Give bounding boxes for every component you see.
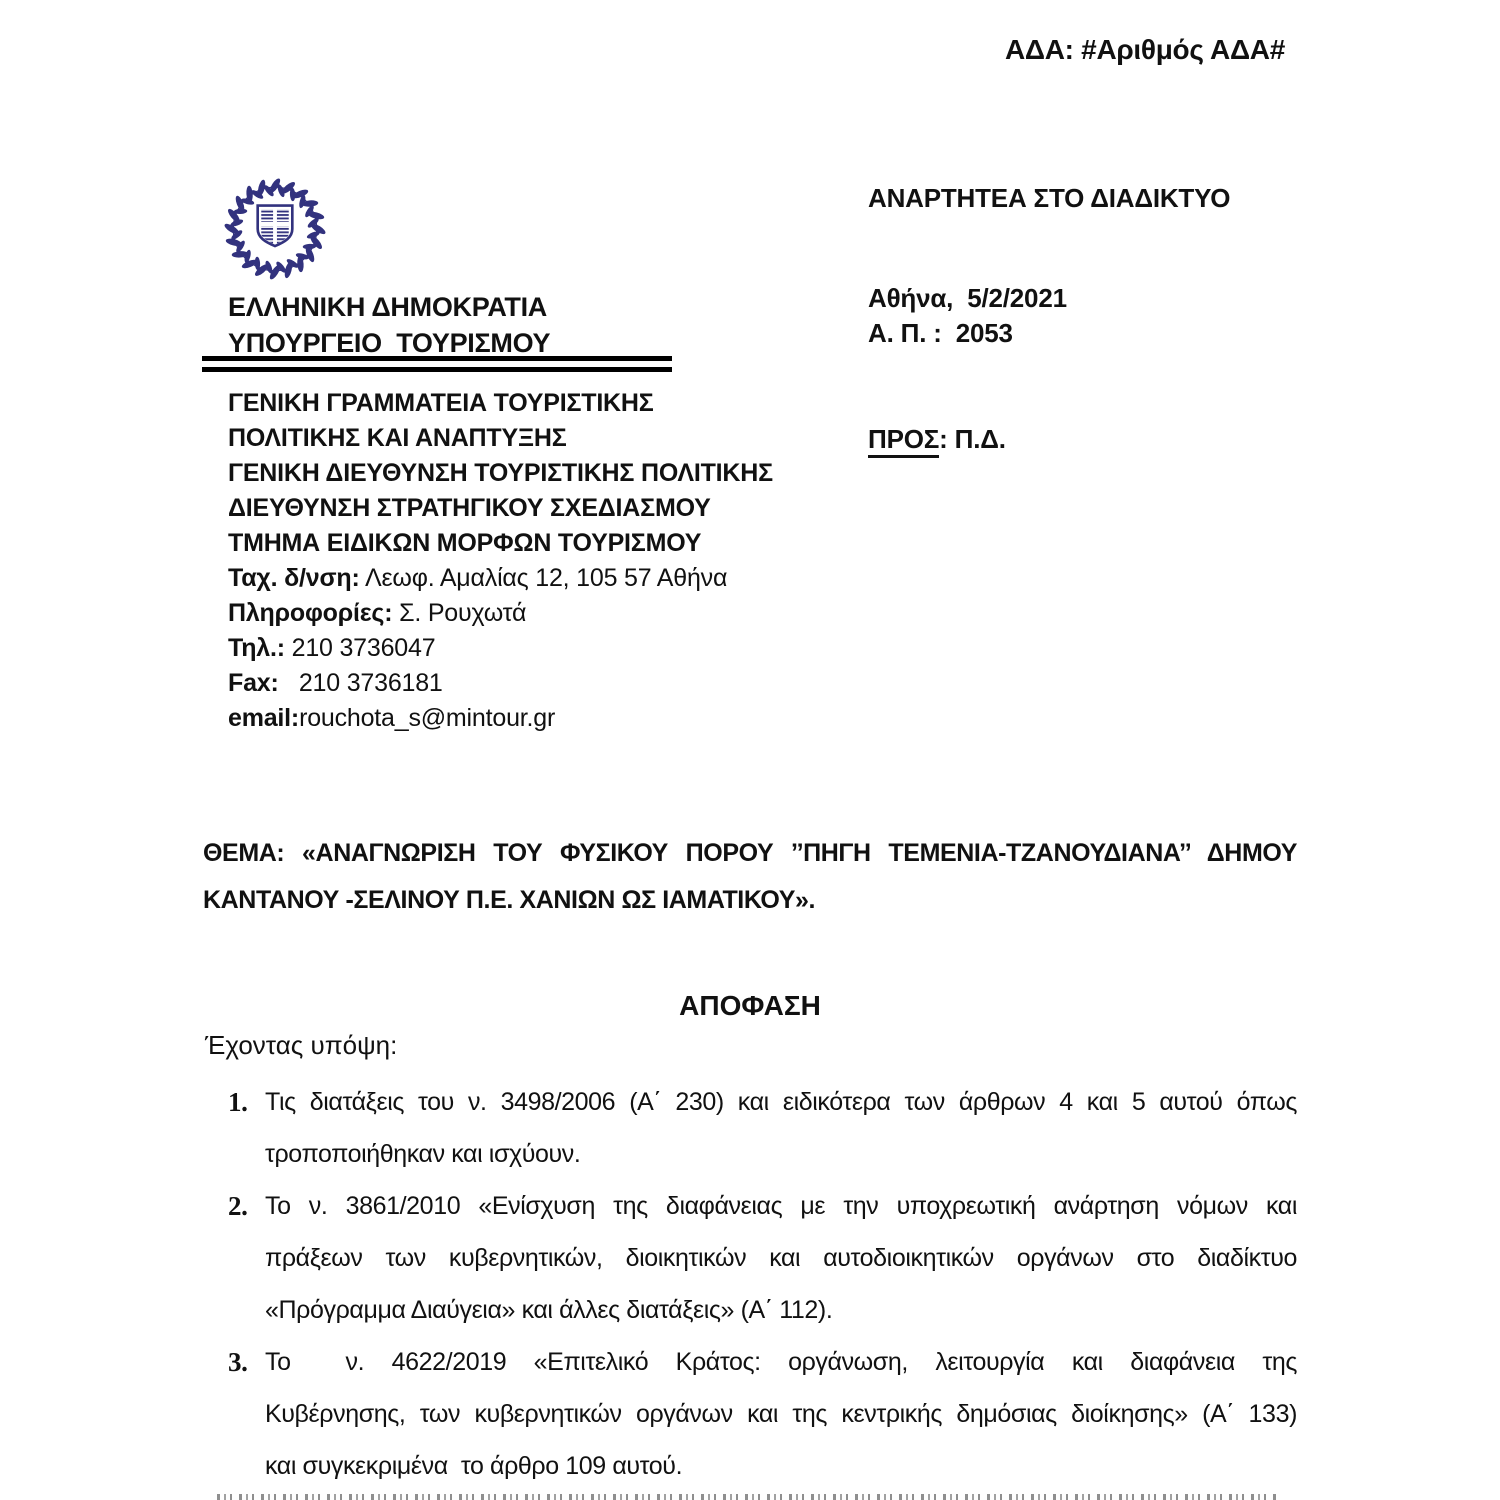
contact-value: 210 3736181	[279, 669, 443, 697]
contact-row-email: email:rouchota_s@mintour.gr	[228, 701, 727, 736]
org-line: ΠΟΛΙΤΙΚΗΣ ΚΑΙ ΑΝΑΠΤΥΞΗΣ	[228, 421, 773, 456]
contact-row-info: Πληροφορίες: Σ. Ρουχωτά	[228, 596, 727, 631]
item-line: Το ν. 3861/2010 «Ενίσχυση της διαφάνειας…	[265, 1180, 1297, 1232]
item-line: Το ν. 4622/2019 «Επιτελικό Κράτος: οργάν…	[265, 1336, 1297, 1388]
item-line: και συγκεκριμένα το άρθρο 109 αυτού.	[265, 1440, 1297, 1492]
legal-references-list: 1. Τις διατάξεις του ν. 3498/2006 (Α΄ 23…	[203, 1076, 1297, 1492]
contact-label: email:	[228, 704, 299, 732]
contact-row-address: Ταχ. δ/νση: Λεωφ. Αμαλίας 12, 105 57 Αθή…	[228, 561, 727, 596]
contact-block: Ταχ. δ/νση: Λεωφ. Αμαλίας 12, 105 57 Αθή…	[228, 561, 727, 736]
org-line: ΔΙΕΥΘΥΝΣΗ ΣΤΡΑΤΗΓΙΚΟΥ ΣΧΕΔΙΑΣΜΟΥ	[228, 491, 773, 526]
to-value: : Π.Δ.	[939, 424, 1006, 454]
contact-row-fax: Fax: 210 3736181	[228, 666, 727, 701]
contact-label: Fax:	[228, 669, 279, 697]
contact-row-phone: Τηλ.: 210 3736047	[228, 631, 727, 666]
org-line: ΤΜΗΜΑ ΕΙΔΙΚΩΝ ΜΟΡΦΩΝ ΤΟΥΡΙΣΜΟΥ	[228, 526, 773, 561]
city-label: Αθήνα,	[868, 283, 953, 313]
contact-label: Ταχ. δ/νση:	[228, 564, 360, 592]
item-body: Το ν. 4622/2019 «Επιτελικό Κράτος: οργάν…	[265, 1336, 1297, 1492]
item-number: 1.	[203, 1076, 265, 1180]
contact-label: Πληροφορίες:	[228, 599, 392, 627]
subject-line: ΚΑΝΤΑΝΟΥ -ΣΕΛΙΝΟΥ Π.Ε. ΧΑΝΙΩΝ ΩΣ ΙΑΜΑΤΙΚ…	[203, 877, 1297, 924]
contact-value: 210 3736047	[285, 634, 436, 662]
subject-paragraph: ΘΕΜΑ: «ΑΝΑΓΝΩΡΙΣΗ ΤΟΥ ΦΥΣΙΚΟΥ ΠΟΡΟΥ ’’ΠΗ…	[203, 830, 1297, 924]
protocol-label: Α. Π. :	[868, 318, 942, 348]
item-number: 2.	[203, 1180, 265, 1336]
publish-notice: ΑΝΑΡΤΗΤΕΑ ΣΤΟ ΔΙΑΔΙΚΤΥΟ	[868, 183, 1230, 214]
contact-value: rouchota_s@mintour.gr	[299, 704, 555, 732]
item-line: Τις διατάξεις του ν. 3498/2006 (Α΄ 230) …	[265, 1076, 1297, 1128]
city-date-line: Αθήνα, 5/2/2021	[868, 283, 1067, 314]
ada-number-label: ΑΔΑ: #Αριθμός ΑΔΑ#	[1005, 34, 1285, 66]
protocol-number: 2053	[942, 318, 1013, 348]
recipient-line: ΠΡΟΣ: Π.Δ.	[868, 424, 1006, 455]
greek-national-emblem-icon	[224, 176, 326, 288]
subject-line: ΘΕΜΑ: «ΑΝΑΓΝΩΡΙΣΗ ΤΟΥ ΦΥΣΙΚΟΥ ΠΟΡΟΥ ’’ΠΗ…	[203, 830, 1297, 877]
list-item: 3. Το ν. 4622/2019 «Επιτελικό Κράτος: ορ…	[203, 1336, 1297, 1492]
republic-title: ΕΛΛΗΝΙΚΗ ΔΗΜΟΚΡΑΤΙΑ	[228, 289, 550, 325]
item-number: 3.	[203, 1336, 265, 1492]
header-double-rule	[202, 356, 672, 372]
partially-visible-next-line	[217, 1494, 1277, 1500]
to-label: ΠΡΟΣ	[868, 424, 939, 458]
item-body: Τις διατάξεις του ν. 3498/2006 (Α΄ 230) …	[265, 1076, 1297, 1180]
contact-value: Σ. Ρουχωτά	[392, 599, 526, 627]
document-page: ΑΔΑ: #Αριθμός ΑΔΑ# ΕΛΛΗΝΙΚΗ ΔΗΜΟΚΡΑΤΙΑ Υ…	[0, 0, 1500, 1500]
list-item: 1. Τις διατάξεις του ν. 3498/2006 (Α΄ 23…	[203, 1076, 1297, 1180]
having-regard-label: Έχοντας υπόψη:	[205, 1030, 397, 1061]
decision-title: ΑΠΟΦΑΣΗ	[203, 990, 1297, 1022]
item-line: Κυβέρνησης, των κυβερνητικών οργάνων και…	[265, 1388, 1297, 1440]
item-line: τροποποιήθηκαν και ισχύουν.	[265, 1128, 1297, 1180]
header-titles: ΕΛΛΗΝΙΚΗ ΔΗΜΟΚΡΑΤΙΑ ΥΠΟΥΡΓΕΙΟ ΤΟΥΡΙΣΜΟΥ	[228, 289, 550, 361]
org-unit-block: ΓΕΝΙΚΗ ΓΡΑΜΜΑΤΕΙΑ ΤΟΥΡΙΣΤΙΚΗΣ ΠΟΛΙΤΙΚΗΣ …	[228, 386, 773, 561]
item-line: «Πρόγραμμα Διαύγεια» και άλλες διατάξεις…	[265, 1284, 1297, 1336]
item-line: πράξεων των κυβερνητικών, διοικητικών κα…	[265, 1232, 1297, 1284]
item-body: Το ν. 3861/2010 «Ενίσχυση της διαφάνειας…	[265, 1180, 1297, 1336]
contact-value: Λεωφ. Αμαλίας 12, 105 57 Αθήνα	[360, 564, 728, 592]
contact-label: Τηλ.:	[228, 634, 285, 662]
document-date: 5/2/2021	[953, 283, 1067, 313]
protocol-line: Α. Π. : 2053	[868, 318, 1013, 349]
org-line: ΓΕΝΙΚΗ ΔΙΕΥΘΥΝΣΗ ΤΟΥΡΙΣΤΙΚΗΣ ΠΟΛΙΤΙΚΗΣ	[228, 456, 773, 491]
list-item: 2. Το ν. 3861/2010 «Ενίσχυση της διαφάνε…	[203, 1180, 1297, 1336]
org-line: ΓΕΝΙΚΗ ΓΡΑΜΜΑΤΕΙΑ ΤΟΥΡΙΣΤΙΚΗΣ	[228, 386, 773, 421]
